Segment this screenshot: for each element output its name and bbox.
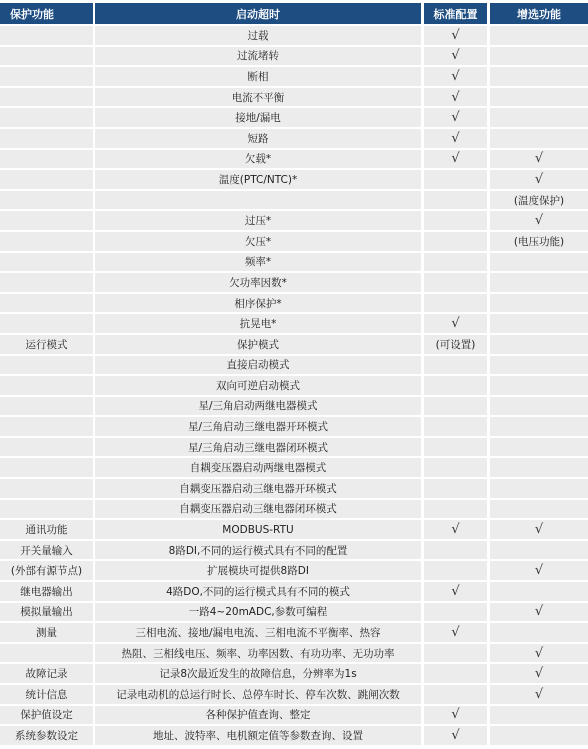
check-icon: √ xyxy=(424,726,487,745)
category-cell: 运行模式 xyxy=(0,335,93,354)
item-cell: 自耦变压器启动三继电器开环模式 xyxy=(95,479,421,498)
feature-table: 保护功能 启动超时 标准配置 增选功能 过载√过流堵转√断相√电流不平衡√接地/… xyxy=(0,3,588,747)
standard-cell xyxy=(424,397,487,416)
category-cell: 统计信息 xyxy=(0,685,93,704)
item-cell: 8路DI,不同的运行模式具有不同的配置 xyxy=(95,541,421,560)
standard-cell xyxy=(424,376,487,395)
table-row: 系统参数设定地址、波特率、电机额定值等参数查询、设置√ xyxy=(0,726,588,745)
category-cell xyxy=(0,397,93,416)
table-row: 开关量输入8路DI,不同的运行模式具有不同的配置 xyxy=(0,541,588,560)
check-icon: √ xyxy=(424,582,487,601)
category-cell xyxy=(0,108,93,127)
category-cell xyxy=(0,644,93,663)
table-row: 保护值设定各种保护值查询、整定√ xyxy=(0,706,588,725)
optional-cell xyxy=(490,88,588,107)
item-cell: 过载 xyxy=(95,26,421,45)
table-row: 通讯功能MODBUS-RTU√√ xyxy=(0,520,588,539)
optional-cell xyxy=(490,397,588,416)
table-row: (温度保护) xyxy=(0,191,588,210)
standard-cell xyxy=(424,541,487,560)
standard-cell xyxy=(424,232,487,251)
table-row: 直接启动模式 xyxy=(0,356,588,375)
category-cell xyxy=(0,129,93,148)
optional-cell xyxy=(490,129,588,148)
item-cell: 欠载* xyxy=(95,150,421,169)
item-cell: 星/三角启动三继电器开环模式 xyxy=(95,417,421,436)
item-cell: 抗晃电* xyxy=(95,314,421,333)
check-icon: √ xyxy=(424,150,487,169)
item-cell: 三相电流、接地/漏电电流、三相电流不平衡率、热容 xyxy=(95,623,421,642)
item-cell: 欠压* xyxy=(95,232,421,251)
standard-cell xyxy=(424,458,487,477)
category-cell: 开关量输入 xyxy=(0,541,93,560)
optional-cell xyxy=(490,26,588,45)
check-icon: √ xyxy=(424,67,487,86)
check-icon: √ xyxy=(424,88,487,107)
standard-cell xyxy=(424,273,487,292)
optional-cell xyxy=(490,479,588,498)
optional-cell xyxy=(490,417,588,436)
check-icon: √ xyxy=(490,603,588,622)
item-cell: 相序保护* xyxy=(95,294,421,313)
optional-cell xyxy=(490,623,588,642)
item-cell: 各种保护值查询、整定 xyxy=(95,706,421,725)
item-cell: 过压* xyxy=(95,211,421,230)
item-cell: 断相 xyxy=(95,67,421,86)
check-icon: √ xyxy=(490,664,588,683)
category-cell: 继电器输出 xyxy=(0,582,93,601)
check-icon: √ xyxy=(424,129,487,148)
table-row: 过流堵转√ xyxy=(0,47,588,66)
table-row: 模拟量输出一路4~20mADC,参数可编程√ xyxy=(0,603,588,622)
optional-cell xyxy=(490,726,588,745)
category-cell xyxy=(0,211,93,230)
header-optional-function: 增选功能 xyxy=(490,3,588,24)
check-icon: √ xyxy=(490,520,588,539)
standard-cell xyxy=(424,500,487,519)
optional-cell xyxy=(490,253,588,272)
standard-cell: (可设置) xyxy=(424,335,487,354)
category-cell: 系统参数设定 xyxy=(0,726,93,745)
table-row: (外部有源节点)扩展模块可提供8路DI√ xyxy=(0,561,588,580)
standard-cell xyxy=(424,191,487,210)
table-row: 温度(PTC/NTC)*√ xyxy=(0,170,588,189)
optional-cell: (温度保护) xyxy=(490,191,588,210)
header-start-timeout: 启动超时 xyxy=(95,3,421,24)
category-cell: 保护值设定 xyxy=(0,706,93,725)
table-row: 电流不平衡√ xyxy=(0,88,588,107)
item-cell: 扩展模块可提供8路DI xyxy=(95,561,421,580)
table-row: 自耦变压器启动三继电器闭环模式 xyxy=(0,500,588,519)
table-row: 运行模式保护模式(可设置) xyxy=(0,335,588,354)
header-standard-config: 标准配置 xyxy=(424,3,487,24)
check-icon: √ xyxy=(424,520,487,539)
item-cell: 记录8次最近发生的故障信息，分辨率为1s xyxy=(95,664,421,683)
item-cell: 电流不平衡 xyxy=(95,88,421,107)
category-cell: 测量 xyxy=(0,623,93,642)
check-icon: √ xyxy=(490,685,588,704)
category-cell xyxy=(0,150,93,169)
category-cell xyxy=(0,88,93,107)
table-row: 断相√ xyxy=(0,67,588,86)
category-cell: 模拟量输出 xyxy=(0,603,93,622)
standard-cell xyxy=(424,479,487,498)
standard-cell xyxy=(424,603,487,622)
check-icon: √ xyxy=(490,561,588,580)
check-icon: √ xyxy=(490,644,588,663)
table-row: 继电器输出4路DO,不同的运行模式具有不同的模式√ xyxy=(0,582,588,601)
category-cell xyxy=(0,294,93,313)
standard-cell xyxy=(424,664,487,683)
table-row: 热阻、三相线电压、频率、功率因数、有功功率、无功功率√ xyxy=(0,644,588,663)
item-cell: 接地/漏电 xyxy=(95,108,421,127)
optional-cell xyxy=(490,541,588,560)
optional-cell xyxy=(490,47,588,66)
table-row: 自耦变压器启动三继电器开环模式 xyxy=(0,479,588,498)
table-row: 故障记录记录8次最近发生的故障信息，分辨率为1s√ xyxy=(0,664,588,683)
item-cell: 星/三角启动三继电器闭环模式 xyxy=(95,438,421,457)
optional-cell xyxy=(490,458,588,477)
item-cell: 直接启动模式 xyxy=(95,356,421,375)
standard-cell xyxy=(424,170,487,189)
table-row: 过载√ xyxy=(0,26,588,45)
check-icon: √ xyxy=(424,623,487,642)
item-cell: 4路DO,不同的运行模式具有不同的模式 xyxy=(95,582,421,601)
item-cell: 双向可逆启动模式 xyxy=(95,376,421,395)
category-cell xyxy=(0,253,93,272)
optional-cell xyxy=(490,335,588,354)
check-icon: √ xyxy=(490,150,588,169)
table-body: 过载√过流堵转√断相√电流不平衡√接地/漏电√短路√欠载*√√温度(PTC/NT… xyxy=(0,26,588,745)
category-cell xyxy=(0,67,93,86)
check-icon: √ xyxy=(424,314,487,333)
item-cell: 短路 xyxy=(95,129,421,148)
item-cell: 一路4~20mADC,参数可编程 xyxy=(95,603,421,622)
category-cell xyxy=(0,191,93,210)
category-cell: 故障记录 xyxy=(0,664,93,683)
category-cell xyxy=(0,314,93,333)
item-cell: 自耦变压器启动三继电器闭环模式 xyxy=(95,500,421,519)
table-row: 欠载*√√ xyxy=(0,150,588,169)
table-header: 保护功能 启动超时 标准配置 增选功能 xyxy=(0,3,588,24)
item-cell: MODBUS-RTU xyxy=(95,520,421,539)
check-icon: √ xyxy=(424,47,487,66)
optional-cell xyxy=(490,438,588,457)
category-cell xyxy=(0,417,93,436)
item-cell: 记录电动机的总运行时长、总停车时长、停车次数、跳闸次数 xyxy=(95,685,421,704)
standard-cell xyxy=(424,685,487,704)
category-cell xyxy=(0,458,93,477)
optional-cell xyxy=(490,67,588,86)
table-row: 自耦变压器启动两继电器模式 xyxy=(0,458,588,477)
table-row: 星/三角启动三继电器闭环模式 xyxy=(0,438,588,457)
item-cell: 温度(PTC/NTC)* xyxy=(95,170,421,189)
optional-cell xyxy=(490,582,588,601)
table-row: 星/三角启动三继电器开环模式 xyxy=(0,417,588,436)
item-cell: 地址、波特率、电机额定值等参数查询、设置 xyxy=(95,726,421,745)
standard-cell xyxy=(424,211,487,230)
category-cell: (外部有源节点) xyxy=(0,561,93,580)
optional-cell xyxy=(490,500,588,519)
check-icon: √ xyxy=(424,108,487,127)
item-cell: 星/三角启动两继电器模式 xyxy=(95,397,421,416)
header-protection-function: 保护功能 xyxy=(0,3,93,24)
standard-cell xyxy=(424,644,487,663)
optional-cell xyxy=(490,108,588,127)
category-cell xyxy=(0,170,93,189)
table-row: 欠功率因数* xyxy=(0,273,588,292)
category-cell xyxy=(0,273,93,292)
item-cell: 频率* xyxy=(95,253,421,272)
table-row: 相序保护* xyxy=(0,294,588,313)
table-row: 过压*√ xyxy=(0,211,588,230)
item-cell: 保护模式 xyxy=(95,335,421,354)
table-row: 统计信息记录电动机的总运行时长、总停车时长、停车次数、跳闸次数√ xyxy=(0,685,588,704)
table-row: 短路√ xyxy=(0,129,588,148)
item-cell: 欠功率因数* xyxy=(95,273,421,292)
table-row: 抗晃电*√ xyxy=(0,314,588,333)
category-cell xyxy=(0,232,93,251)
table-row: 欠压*(电压功能) xyxy=(0,232,588,251)
optional-cell xyxy=(490,376,588,395)
table-row: 星/三角启动两继电器模式 xyxy=(0,397,588,416)
category-cell xyxy=(0,26,93,45)
table-row: 频率* xyxy=(0,253,588,272)
item-cell: 自耦变压器启动两继电器模式 xyxy=(95,458,421,477)
standard-cell xyxy=(424,294,487,313)
standard-cell xyxy=(424,417,487,436)
table-row: 测量三相电流、接地/漏电电流、三相电流不平衡率、热容√ xyxy=(0,623,588,642)
standard-cell xyxy=(424,561,487,580)
optional-cell xyxy=(490,273,588,292)
category-cell xyxy=(0,438,93,457)
table-row: 双向可逆启动模式 xyxy=(0,376,588,395)
item-cell: 过流堵转 xyxy=(95,47,421,66)
category-cell xyxy=(0,47,93,66)
standard-cell xyxy=(424,438,487,457)
optional-cell xyxy=(490,294,588,313)
check-icon: √ xyxy=(424,706,487,725)
item-cell xyxy=(95,191,421,210)
item-cell: 热阻、三相线电压、频率、功率因数、有功功率、无功功率 xyxy=(95,644,421,663)
optional-cell xyxy=(490,314,588,333)
check-icon: √ xyxy=(490,211,588,230)
standard-cell xyxy=(424,356,487,375)
category-cell xyxy=(0,500,93,519)
category-cell: 通讯功能 xyxy=(0,520,93,539)
optional-cell: (电压功能) xyxy=(490,232,588,251)
optional-cell xyxy=(490,356,588,375)
standard-cell xyxy=(424,253,487,272)
category-cell xyxy=(0,479,93,498)
optional-cell xyxy=(490,706,588,725)
category-cell xyxy=(0,376,93,395)
category-cell xyxy=(0,356,93,375)
check-icon: √ xyxy=(424,26,487,45)
check-icon: √ xyxy=(490,170,588,189)
table-row: 接地/漏电√ xyxy=(0,108,588,127)
